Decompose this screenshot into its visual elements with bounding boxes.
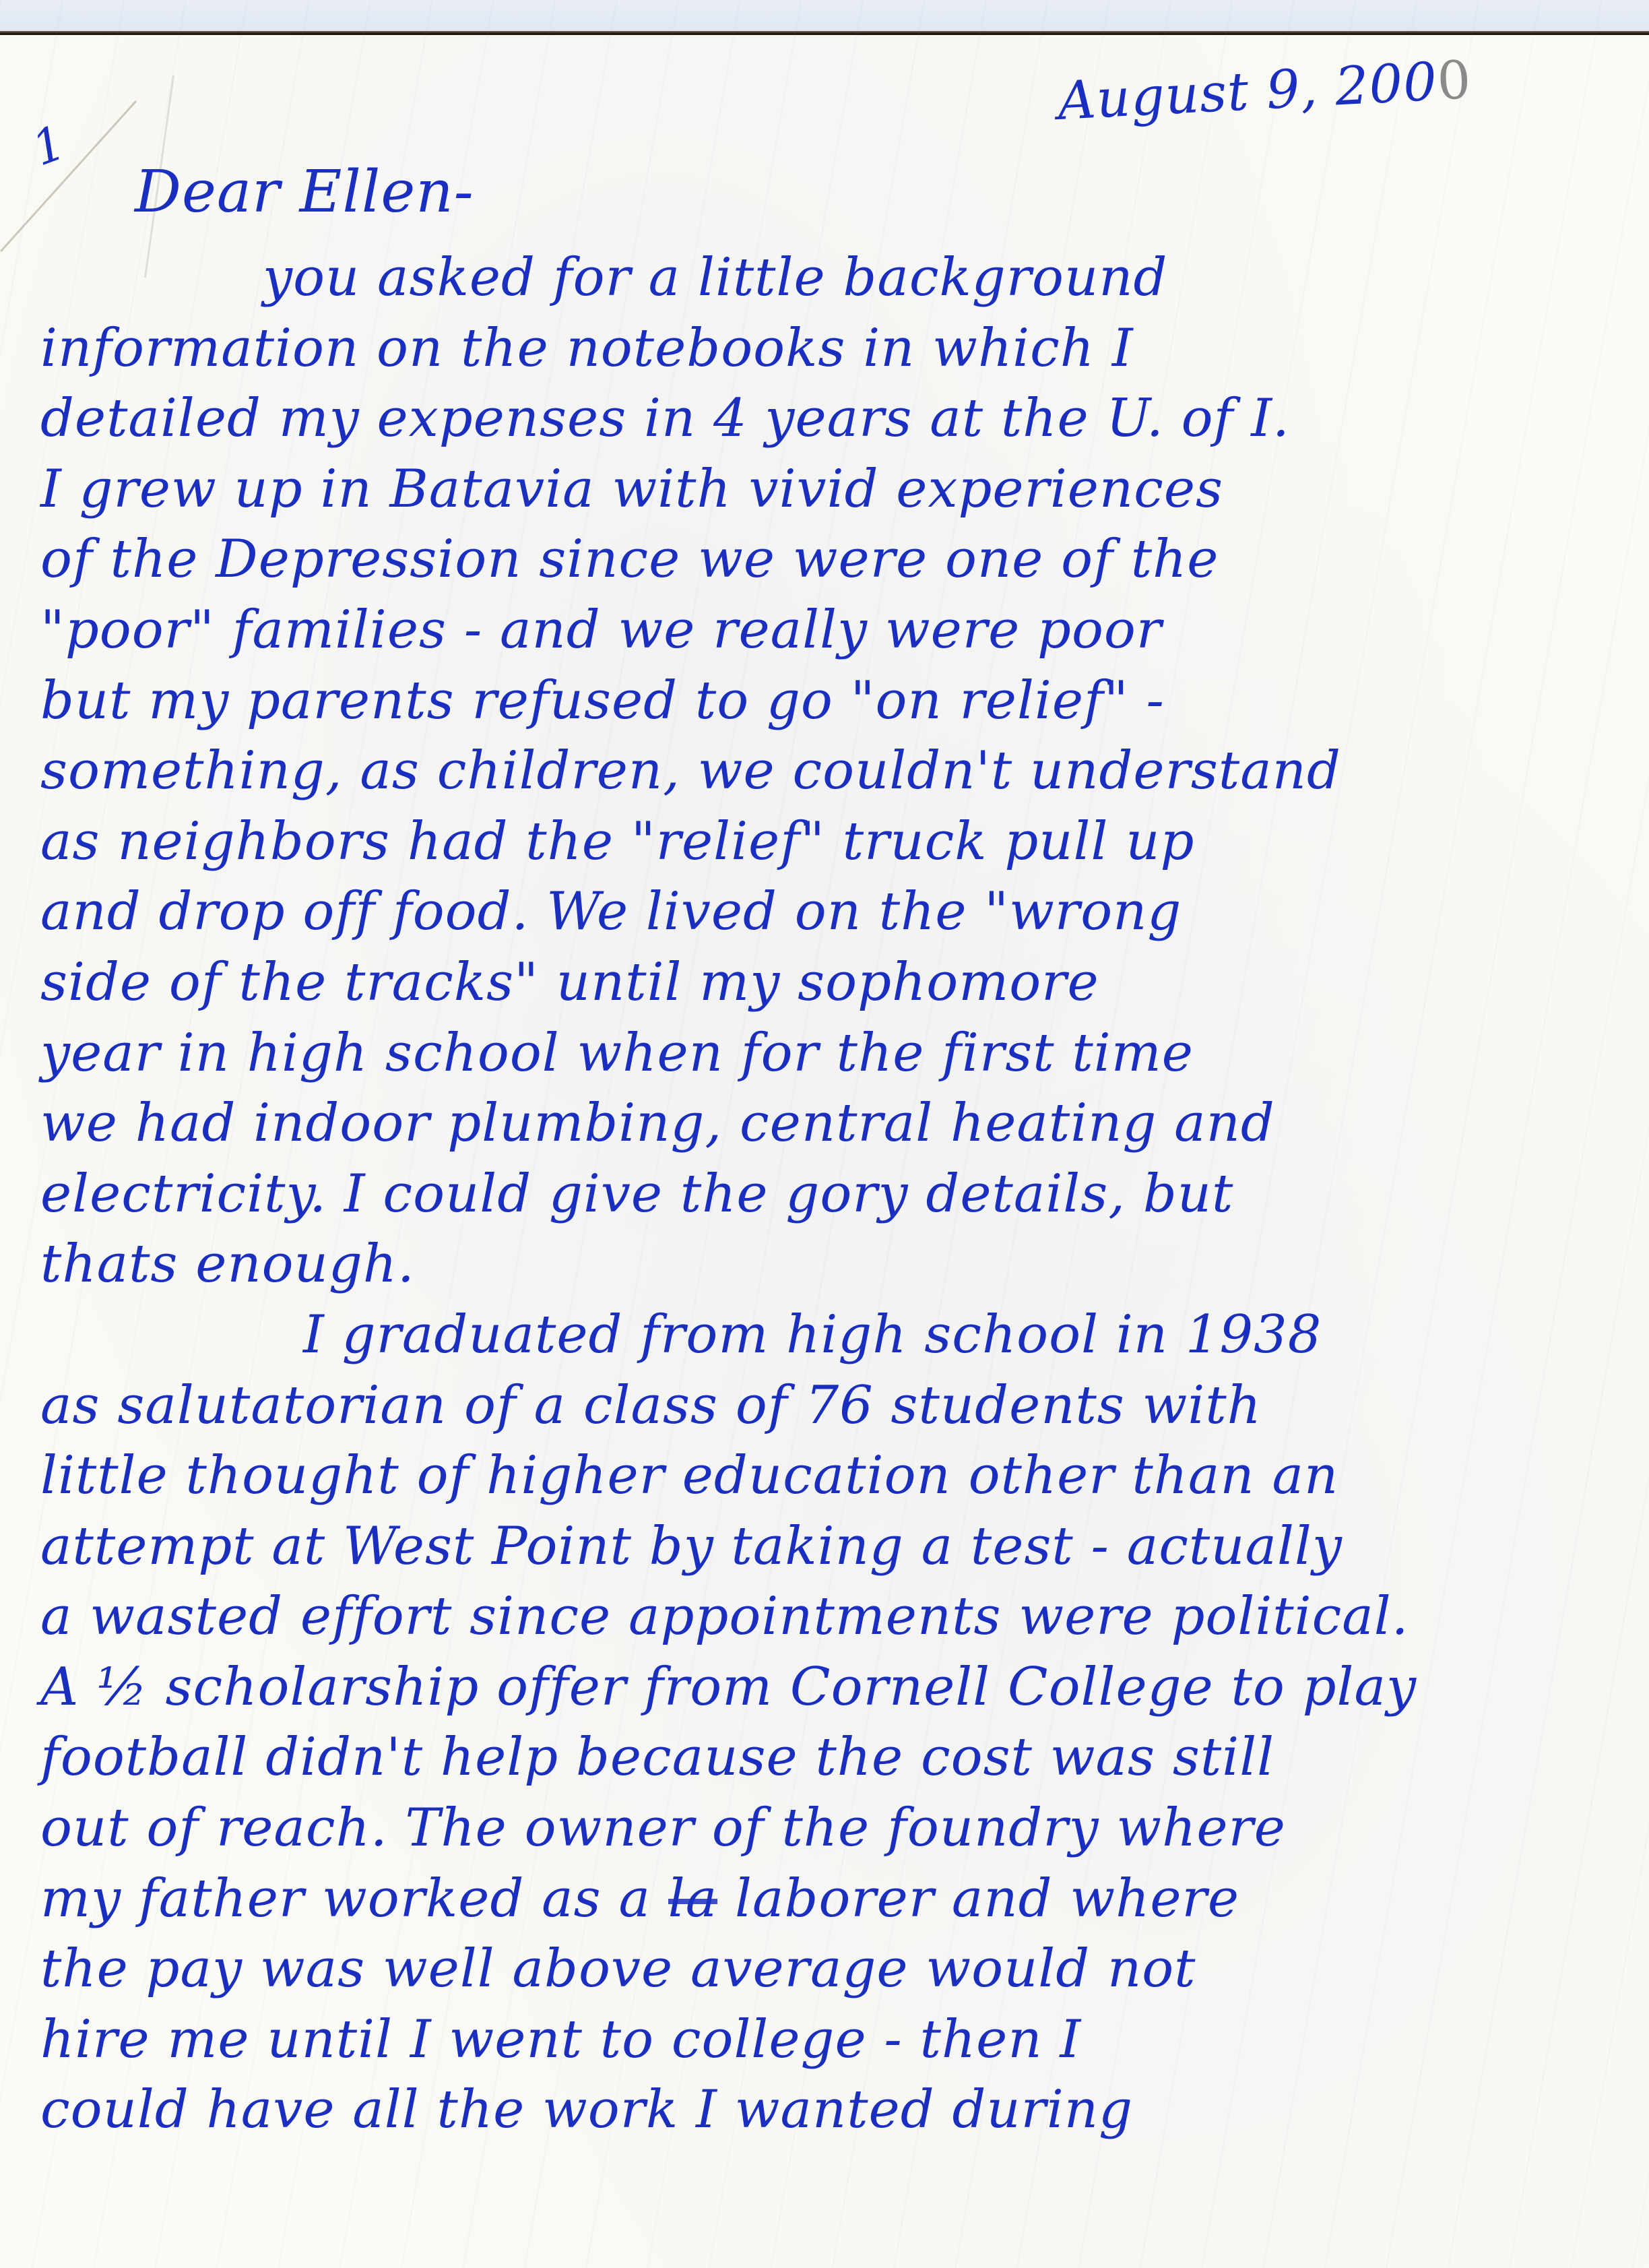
letter-line: could have all the work I wanted during	[40, 2075, 1637, 2145]
letter-line: out of reach. The owner of the foundry w…	[40, 1793, 1637, 1864]
letter-line: of the Depression since we were one of t…	[40, 524, 1637, 595]
letter-line: and drop off food. We lived on the "wron…	[40, 877, 1637, 947]
letter-line: side of the tracks" until my sophomore	[40, 947, 1637, 1018]
letter-line: thats enough.	[40, 1229, 1637, 1300]
letter-line: we had indoor plumbing, central heating …	[40, 1088, 1637, 1159]
letter-line: hire me until I went to college - then I	[40, 2005, 1637, 2075]
line-text: my father worked as a	[40, 1868, 668, 1929]
struck-out-text: la	[668, 1864, 717, 1934]
letter-line: year in high school when for the first t…	[40, 1018, 1637, 1089]
letter-line: the pay was well above average would not	[40, 1934, 1637, 2005]
letter-body: you asked for a little backgroundinforma…	[40, 243, 1637, 2145]
letter-line: A ½ scholarship offer from Cornell Colle…	[40, 1652, 1637, 1723]
line-text: laborer and where	[717, 1868, 1239, 1929]
letter-line: attempt at West Point by taking a test -…	[40, 1511, 1637, 1582]
letter-line: I graduated from high school in 1938	[40, 1300, 1637, 1371]
letter-line: but my parents refused to go "on relief"…	[40, 666, 1637, 736]
letter-line: a wasted effort since appointments were …	[40, 1581, 1637, 1652]
letter-line: information on the notebooks in which I	[40, 313, 1637, 384]
letter-line: as neighbors had the "relief" truck pull…	[40, 807, 1637, 877]
letter-line: "poor" families - and we really were poo…	[40, 595, 1637, 666]
salutation: Dear Ellen-	[135, 158, 474, 226]
letter-line: little thought of higher education other…	[40, 1441, 1637, 1511]
date-pencil-digit: 0	[1435, 50, 1473, 113]
letter-line: something, as children, we couldn't unde…	[40, 736, 1637, 807]
fold-crease	[0, 100, 137, 252]
letter-line: detailed my expenses in 4 years at the U…	[40, 383, 1637, 454]
letter-line: as salutatorian of a class of 76 student…	[40, 1371, 1637, 1441]
letter-line: electricity. I could give the gory detai…	[40, 1159, 1637, 1230]
letter-line: you asked for a little background	[40, 243, 1637, 313]
letter-line: my father worked as a la laborer and whe…	[40, 1864, 1637, 1934]
letter-line: football didn't help because the cost wa…	[40, 1722, 1637, 1793]
letter-line: I grew up in Batavia with vivid experien…	[40, 454, 1637, 525]
